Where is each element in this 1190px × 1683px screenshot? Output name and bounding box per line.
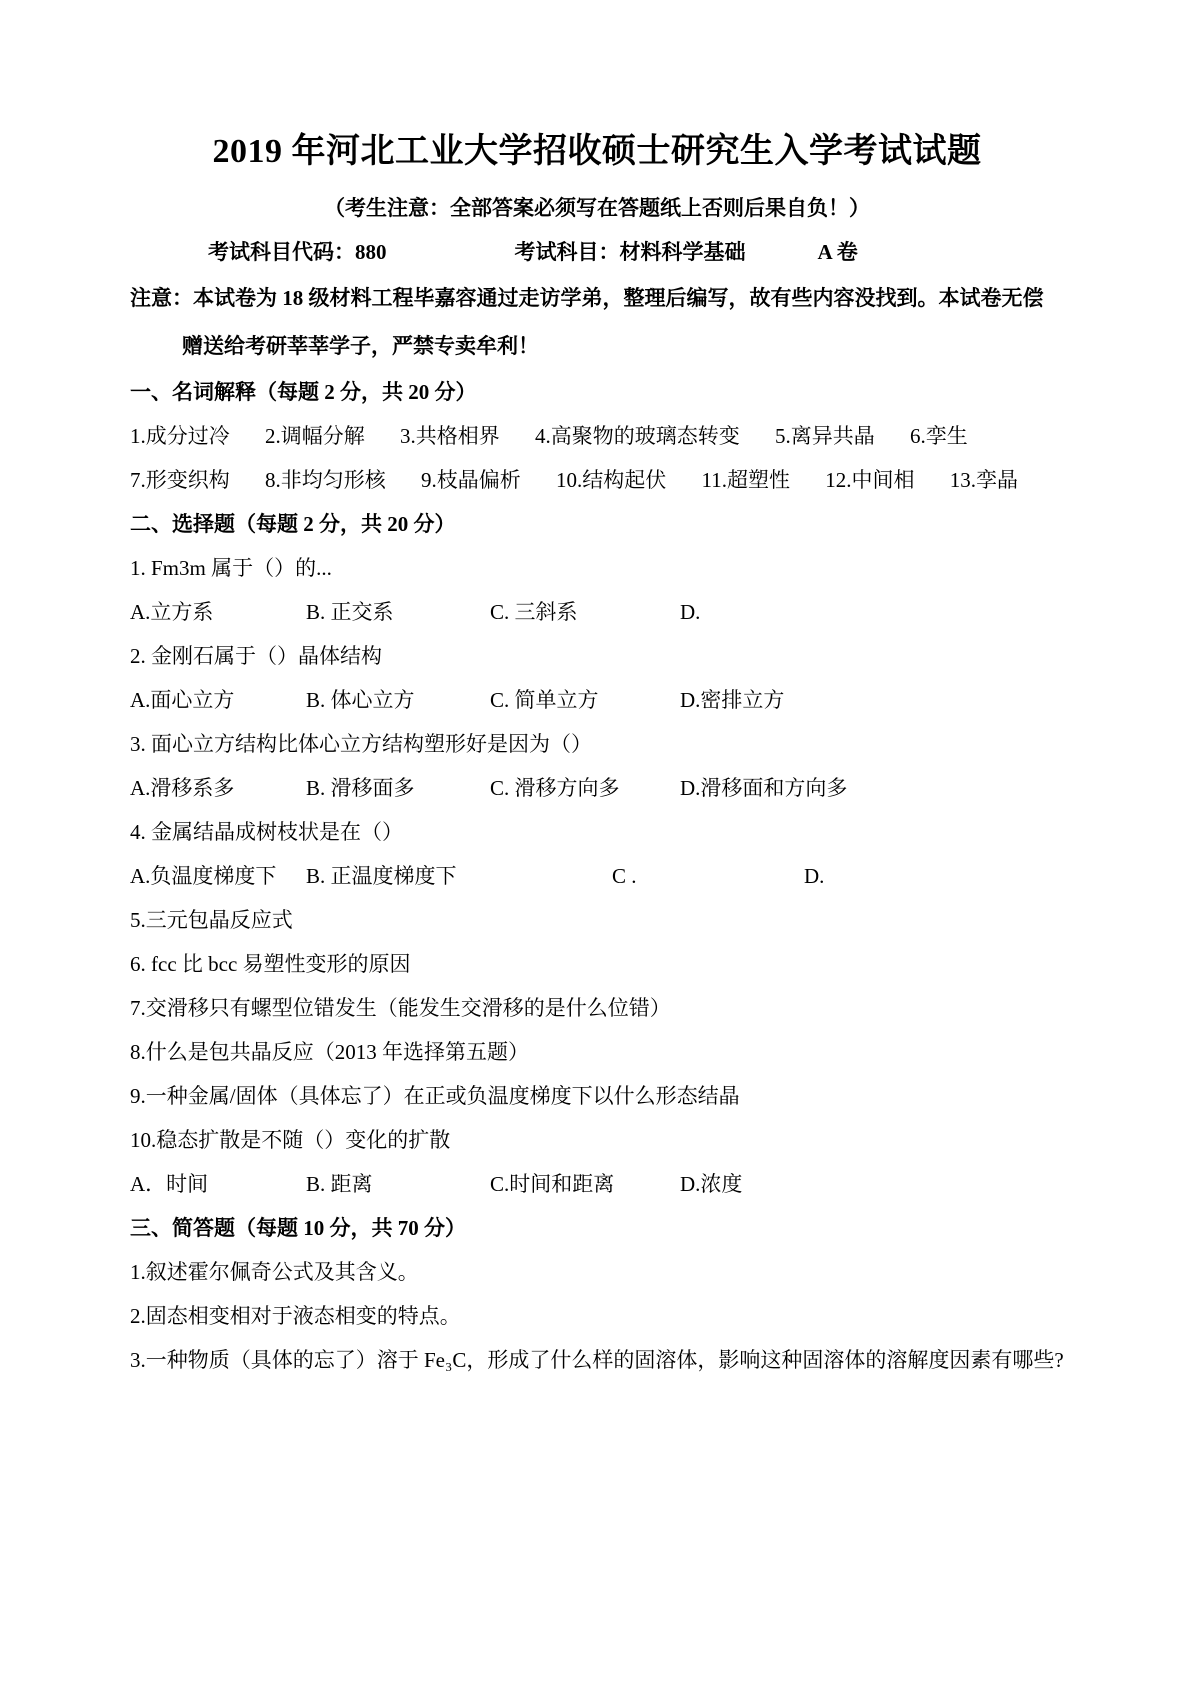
option-item: B. 体心立方 <box>306 678 490 722</box>
term-item: 8.非均匀形核 <box>265 468 386 492</box>
choice-question-4-options: A.负温度梯度下 B. 正温度梯度下 C . D. <box>130 854 1064 898</box>
option-item: C. 滑移方向多 <box>490 766 680 810</box>
terms-row-2: 7.形变织构 8.非均匀形核 9.枝晶偏析 10.结构起伏 11.超塑性 12.… <box>130 458 1064 502</box>
short-question-1: 1.叙述霍尔佩奇公式及其含义。 <box>130 1250 1064 1294</box>
term-item: 9.枝晶偏析 <box>421 468 521 492</box>
disclaimer-line-2: 赠送给考研莘莘学子，严禁专卖牟利！ <box>130 322 1064 370</box>
option-item: C.时间和距离 <box>490 1162 680 1206</box>
choice-question-5: 5.三元包晶反应式 <box>130 898 1064 942</box>
option-item: D. <box>804 854 1064 898</box>
choice-question-10-options: A．时间 B. 距离 C.时间和距离 D.浓度 <box>130 1162 1064 1206</box>
option-item: D.滑移面和方向多 <box>680 766 1064 810</box>
choice-question-8: 8.什么是包共晶反应（2013 年选择第五题） <box>130 1030 1064 1074</box>
option-item: C. 三斜系 <box>490 590 680 634</box>
option-item: A.滑移系多 <box>130 766 306 810</box>
subject-code: 考试科目代码：880 <box>208 230 387 274</box>
choice-question-2-options: A.面心立方 B. 体心立方 C. 简单立方 D.密排立方 <box>130 678 1064 722</box>
term-item: 2.调幅分解 <box>265 424 365 448</box>
choice-question-4: 4. 金属结晶成树枝状是在（） <box>130 810 1064 854</box>
choice-question-6: 6. fcc 比 bcc 易塑性变形的原因 <box>130 942 1064 986</box>
term-item: 13.孪晶 <box>950 468 1018 492</box>
option-item: B. 滑移面多 <box>306 766 490 810</box>
disclaimer-line-1: 注意：本试卷为 18 级材料工程毕嘉容通过走访学弟，整理后编写，故有些内容没找到… <box>130 274 1064 322</box>
option-item: A.面心立方 <box>130 678 306 722</box>
choice-question-3: 3. 面心立方结构比体心立方结构塑形好是因为（） <box>130 722 1064 766</box>
option-item: A.负温度梯度下 <box>130 854 306 898</box>
term-item: 1.成分过冷 <box>130 424 230 448</box>
term-item: 11.超塑性 <box>702 468 790 492</box>
term-item: 5.离异共晶 <box>775 424 875 448</box>
choice-question-9: 9.一种金属/固体（具体忘了）在正或负温度梯度下以什么形态结晶 <box>130 1074 1064 1118</box>
option-item: B. 正交系 <box>306 590 490 634</box>
term-item: 6.孪生 <box>910 424 968 448</box>
term-item: 7.形变织构 <box>130 468 230 492</box>
short-question-3: 3.一种物质（具体的忘了）溶于 Fe₃C，形成了什么样的固溶体，影响这种固溶体的… <box>130 1338 1064 1382</box>
terms-row-1: 1.成分过冷 2.调幅分解 3.共格相界 4.高聚物的玻璃态转变 5.离异共晶 … <box>130 414 1064 458</box>
term-item: 4.高聚物的玻璃态转变 <box>535 424 740 448</box>
term-item: 10.结构起伏 <box>556 468 666 492</box>
option-item: B. 正温度梯度下 <box>306 854 612 898</box>
subject-row: 考试科目代码：880 考试科目：材料科学基础 A 卷 <box>130 230 1064 274</box>
choice-question-7: 7.交滑移只有螺型位错发生（能发生交滑移的是什么位错） <box>130 986 1064 1030</box>
option-item: C. 简单立方 <box>490 678 680 722</box>
choice-question-2: 2. 金刚石属于（）晶体结构 <box>130 634 1064 678</box>
option-item: A．时间 <box>130 1162 306 1206</box>
subject-name: 考试科目：材料科学基础 <box>515 230 746 274</box>
option-item: D.浓度 <box>680 1162 1064 1206</box>
choice-question-10: 10.稳态扩散是不随（）变化的扩散 <box>130 1118 1064 1162</box>
section-choice-heading: 二、选择题（每题 2 分，共 20 分） <box>130 502 1064 546</box>
short-question-2: 2.固态相变相对于液态相变的特点。 <box>130 1294 1064 1338</box>
candidate-notice: （考生注意：全部答案必须写在答题纸上否则后果自负！） <box>130 186 1064 230</box>
section-terms-heading: 一、名词解释（每题 2 分，共 20 分） <box>130 370 1064 414</box>
option-item: A.立方系 <box>130 590 306 634</box>
page-title: 2019 年河北工业大学招收硕士研究生入学考试试题 <box>130 128 1064 176</box>
choice-question-1-options: A.立方系 B. 正交系 C. 三斜系 D. <box>130 590 1064 634</box>
option-item: C . <box>612 854 804 898</box>
term-item: 12.中间相 <box>825 468 914 492</box>
option-item: B. 距离 <box>306 1162 490 1206</box>
term-item: 3.共格相界 <box>400 424 500 448</box>
choice-question-1: 1. Fm3m 属于（）的... <box>130 546 1064 590</box>
choice-question-3-options: A.滑移系多 B. 滑移面多 C. 滑移方向多 D.滑移面和方向多 <box>130 766 1064 810</box>
option-item: D.密排立方 <box>680 678 1064 722</box>
exam-paper-page: 2019 年河北工业大学招收硕士研究生入学考试试题 （考生注意：全部答案必须写在… <box>0 0 1190 1683</box>
paper-version: A 卷 <box>818 230 858 274</box>
section-short-answer-heading: 三、简答题（每题 10 分，共 70 分） <box>130 1206 1064 1250</box>
option-item: D. <box>680 590 1064 634</box>
